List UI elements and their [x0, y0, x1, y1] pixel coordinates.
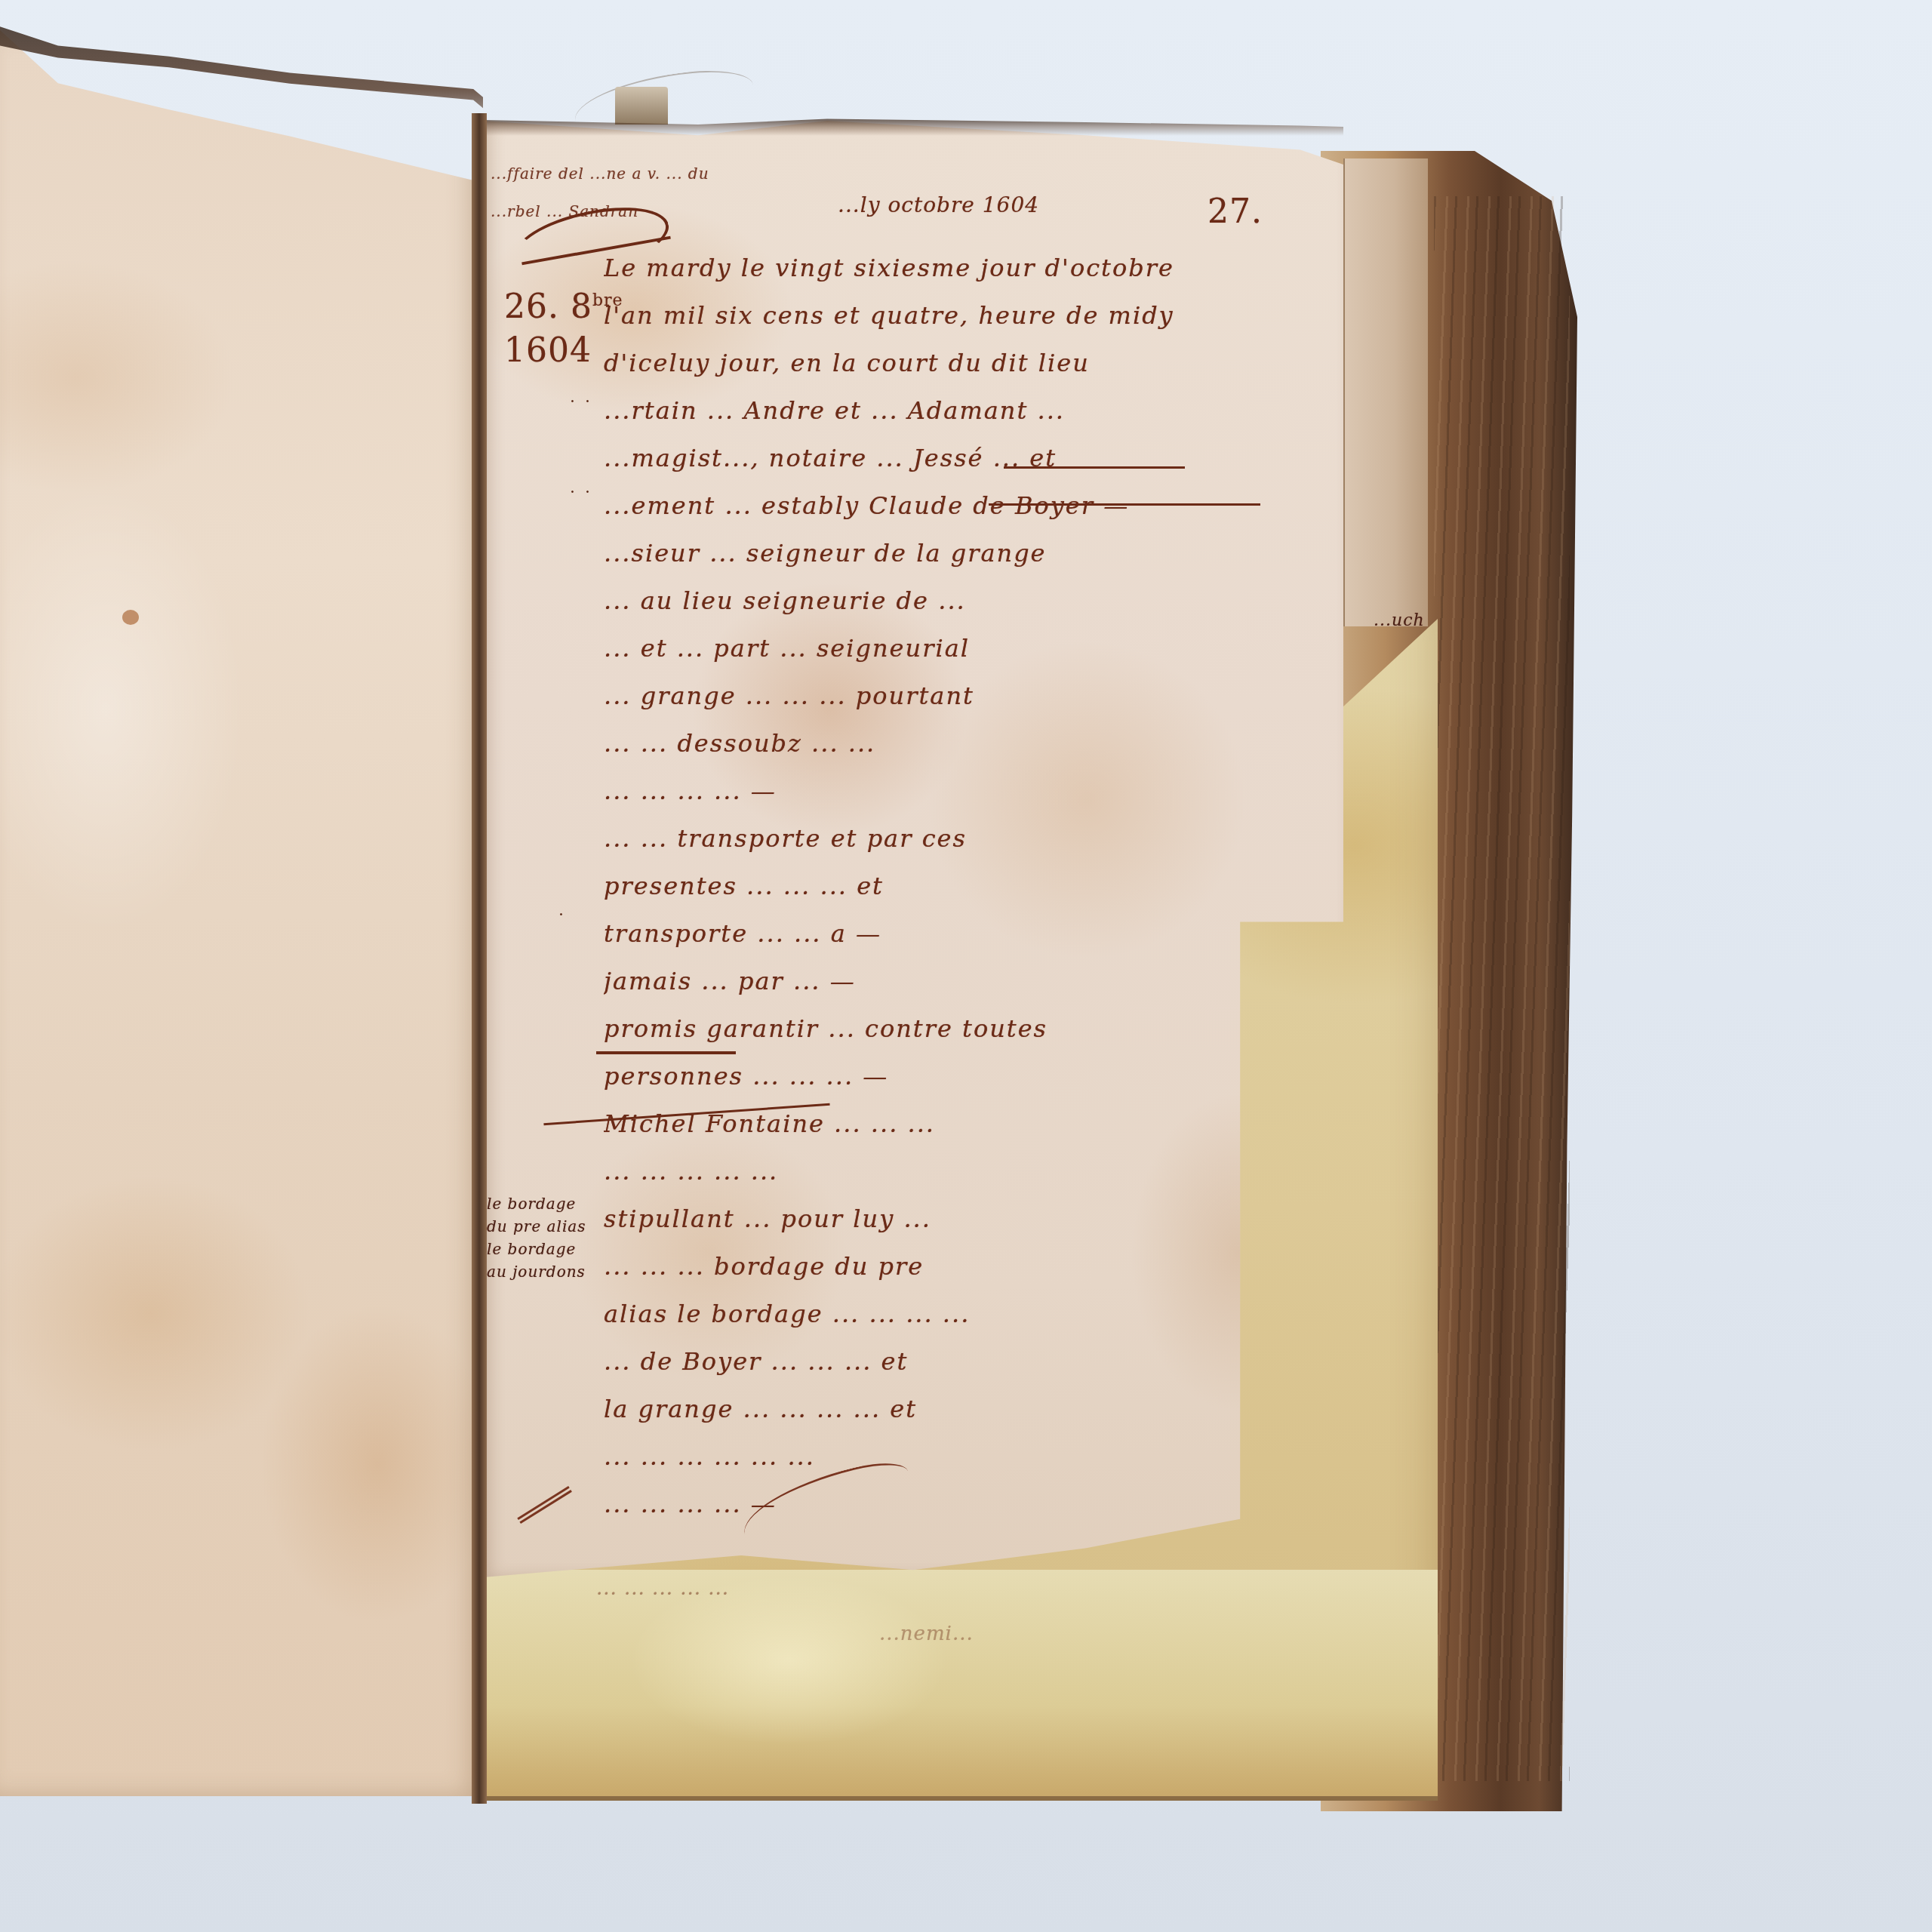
stain-spot: [122, 610, 139, 625]
text-line: la grange ... ... ... ... et: [604, 1386, 1321, 1434]
underline-jesse: [1004, 466, 1185, 469]
text-line: personnes ... ... ... —: [604, 1054, 1321, 1101]
margin-note-line: au jourdons: [487, 1260, 592, 1283]
text-line: stipullant ... pour luy ...: [604, 1196, 1321, 1244]
text-line: ... ... ... bordage du pre: [604, 1244, 1321, 1291]
text-line: Michel Fontaine ... ... ...: [604, 1101, 1321, 1149]
manuscript-body: Le mardy le vingt sixiesme jour d'octobr…: [604, 245, 1321, 1529]
text-line: ...magist..., notaire ... Jessé ... et: [604, 435, 1321, 483]
margin-dots: · ·: [570, 392, 592, 411]
manuscript-photo: ...ffaire del ...ne a v. ... du ...rbel …: [0, 0, 1932, 1932]
margin-date-day-month: 26. 8: [504, 288, 592, 326]
text-line: ... au lieu seigneurie de ...: [604, 578, 1321, 626]
text-line: ... ... ... ... —: [604, 768, 1321, 816]
underline-claude-de-boyer: [989, 503, 1260, 506]
text-line: ... ... dessoubz ... ...: [604, 721, 1321, 768]
stub-faded-signature: ...nemi...: [879, 1623, 974, 1645]
text-line: ... ... transporte et par ces: [604, 816, 1321, 863]
text-line: alias le bordage ... ... ... ...: [604, 1291, 1321, 1339]
text-line: d'iceluy jour, en la court du dit lieu: [604, 340, 1321, 388]
text-line: ... grange ... ... ... pourtant: [604, 673, 1321, 721]
left-page-blank: [0, 30, 483, 1796]
text-line: promis garantir ... contre toutes: [604, 1006, 1321, 1054]
margin-note-line: le bordage: [487, 1238, 592, 1260]
book-gutter: [472, 113, 487, 1804]
margin-dots: · ·: [570, 483, 592, 502]
right-strip-note: ...uch: [1374, 611, 1425, 630]
text-line: ... et ... part ... seigneurial: [604, 626, 1321, 673]
paper-tab: [615, 87, 668, 125]
text-line: ...ement ... estably Claude de Boyer —: [604, 483, 1321, 531]
text-line: ... ... ... ... ... ...: [604, 1434, 1321, 1481]
text-line: ...rtain ... Andre et ... Adamant ...: [604, 388, 1321, 435]
text-line: l'an mil six cens et quatre, heure de mi…: [604, 293, 1321, 340]
text-line: ...sieur ... seigneur de la grange: [604, 531, 1321, 578]
text-line: presentes ... ... ... et: [604, 863, 1321, 911]
text-line: transporte ... ... a —: [604, 911, 1321, 958]
text-line: Le mardy le vingt sixiesme jour d'octobr…: [604, 245, 1321, 293]
stub-leaf: [487, 1570, 1438, 1801]
folded-leaf-strip: [1343, 158, 1428, 626]
margin-dots: ·: [558, 906, 566, 924]
running-header: ...ly octobre 1604: [838, 192, 1039, 217]
underline-personne: [596, 1051, 736, 1054]
margin-note-line: du pre alias: [487, 1215, 592, 1238]
text-line: ... ... ... ... ...: [604, 1149, 1321, 1196]
folio-number: 27.: [1207, 192, 1263, 231]
text-line: jamais ... par ... —: [604, 958, 1321, 1006]
margin-note-bordage: le bordage du pre alias le bordage au jo…: [487, 1192, 592, 1283]
top-margin-note: ...ffaire del ...ne a v. ... du: [491, 165, 709, 183]
frayed-page-edges: [1434, 196, 1570, 1781]
stub-faded-writing: ... ... ... ... ...: [596, 1577, 729, 1600]
margin-date-year: 1604: [504, 331, 592, 370]
text-line: ... de Boyer ... ... ... et: [604, 1339, 1321, 1386]
text-line: ... ... ... ... —: [604, 1481, 1321, 1529]
margin-note-line: le bordage: [487, 1192, 592, 1215]
